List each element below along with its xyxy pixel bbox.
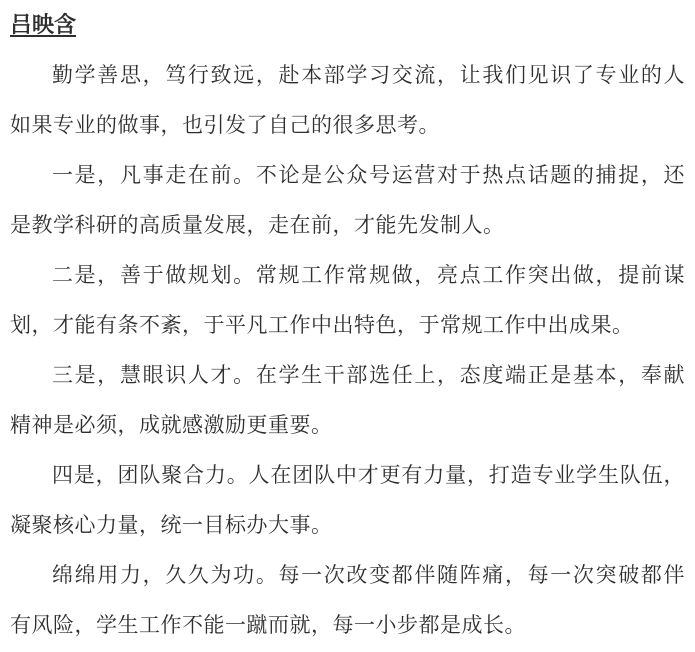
document-body: 勤学善思，笃行致远，赴本部学习交流，让我们见识了专业的人如果专业的做事，也引发了… (10, 50, 685, 650)
text-line: 如果专业的做事，也引发了自己的很多思考。 (10, 100, 685, 150)
text-line: 勤学善思，笃行致远，赴本部学习交流，让我们见识了专业的人 (10, 50, 685, 100)
paragraph: 勤学善思，笃行致远，赴本部学习交流，让我们见识了专业的人如果专业的做事，也引发了… (10, 50, 685, 150)
paragraph: 四是，团队聚合力。人在团队中才更有力量，打造专业学生队伍，凝聚核心力量，统一目标… (10, 450, 685, 550)
text-line: 四是，团队聚合力。人在团队中才更有力量，打造专业学生队伍， (10, 450, 685, 500)
paragraph: 二是，善于做规划。常规工作常规做，亮点工作突出做，提前谋划，才能有条不紊，于平凡… (10, 250, 685, 350)
text-line: 是教学科研的高质量发展，走在前，才能先发制人。 (10, 200, 685, 250)
text-line: 绵绵用力，久久为功。每一次改变都伴随阵痛，每一次突破都伴 (10, 550, 685, 600)
text-line: 三是，慧眼识人才。在学生干部选任上，态度端正是基本，奉献 (10, 350, 685, 400)
text-line: 一是，凡事走在前。不论是公众号运营对于热点话题的捕捉，还 (10, 150, 685, 200)
text-line: 有风险，学生工作不能一蹴而就，每一小步都是成长。 (10, 600, 685, 650)
text-line: 精神是必须，成就感激励更重要。 (10, 400, 685, 450)
text-line: 二是，善于做规划。常规工作常规做，亮点工作突出做，提前谋 (10, 250, 685, 300)
paragraph: 三是，慧眼识人才。在学生干部选任上，态度端正是基本，奉献精神是必须，成就感激励更… (10, 350, 685, 450)
text-line: 划，才能有条不紊，于平凡工作中出特色，于常规工作中出成果。 (10, 300, 685, 350)
document-title: 吕映含 (10, 0, 685, 50)
paragraph: 绵绵用力，久久为功。每一次改变都伴随阵痛，每一次突破都伴有风险，学生工作不能一蹴… (10, 550, 685, 650)
document-page: 吕映含 勤学善思，笃行致远，赴本部学习交流，让我们见识了专业的人如果专业的做事，… (0, 0, 695, 652)
document-title-text: 吕映含 (10, 12, 76, 37)
paragraph: 一是，凡事走在前。不论是公众号运营对于热点话题的捕捉，还是教学科研的高质量发展，… (10, 150, 685, 250)
text-line: 凝聚核心力量，统一目标办大事。 (10, 500, 685, 550)
